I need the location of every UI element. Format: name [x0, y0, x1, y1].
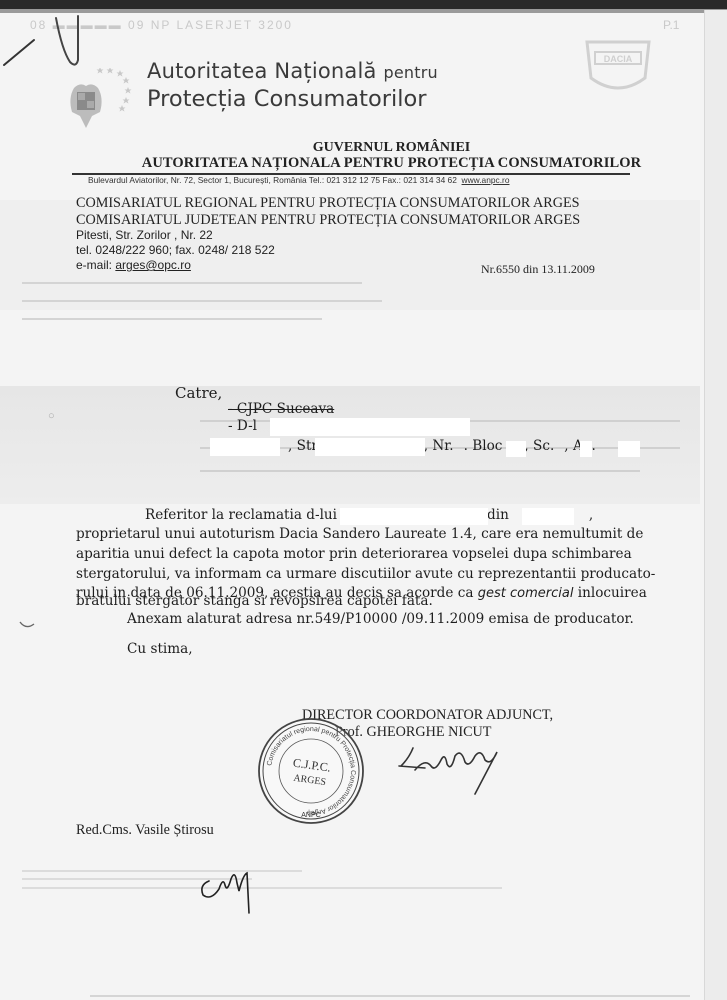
- authority-address: Bulevardul Aviatorilor, Nr. 72, Sector 1…: [88, 175, 510, 185]
- body-line-text: inlocuirea: [578, 585, 647, 601]
- dacia-logo-icon: DACIA: [583, 38, 653, 96]
- closing-salutation: Cu stima,: [127, 641, 193, 657]
- annex-line: Anexam alaturat adresa nr.549/P10000 /09…: [127, 611, 634, 627]
- drafted-by: Red.Cms. Vasile Știrosu: [76, 822, 214, 839]
- struck-recipient-text: - CJPC Suceava: [228, 401, 334, 417]
- email-link[interactable]: arges@opc.ro: [115, 258, 191, 272]
- bloc-label: . Bloc: [464, 438, 503, 454]
- director-signature-icon: [395, 738, 510, 798]
- agency-name-main: Autoritatea Națională: [147, 59, 377, 83]
- ghost-line: [90, 995, 690, 997]
- body-line: aparitia unui defect la capota motor pri…: [76, 546, 632, 562]
- intro-text: Referitor la reclamatia d-lui: [145, 507, 337, 523]
- agency-name-suffix: pentru: [384, 63, 438, 82]
- ghost-line: [22, 282, 362, 284]
- svg-text:DACIA: DACIA: [604, 54, 633, 64]
- registration-number: Nr.6550 din 13.11.2009: [481, 262, 595, 277]
- intro-comma: ,: [589, 507, 593, 523]
- redaction-box: [270, 418, 470, 436]
- ghost-line: [22, 318, 322, 320]
- redaction-box: [210, 438, 280, 456]
- nr-label: , Nr.: [424, 438, 454, 454]
- recipient-person: - D-l: [228, 418, 257, 434]
- redaction-box: [580, 441, 592, 457]
- scan-dot: ○: [48, 410, 55, 422]
- office-phone-fax: tel. 0248/222 960; fax. 0248/ 218 522: [76, 243, 275, 257]
- ghost-line: [22, 887, 502, 889]
- office-address: Pitesti, Str. Zorilor , Nr. 22: [76, 228, 213, 242]
- svg-text:ANPC: ANPC: [301, 812, 320, 819]
- fax-page-ghost: P.1: [663, 18, 679, 32]
- agency-name-line2: Protecția Consumatorilor: [147, 86, 427, 112]
- office-email: e-mail: arges@opc.ro: [76, 258, 191, 272]
- official-stamp-icon: Comisariatul regional pentru Protecția C…: [257, 717, 365, 825]
- ghost-line: [200, 470, 640, 472]
- gest-comercial-emphasis: gest comercial: [478, 586, 574, 601]
- sc-label: , Sc.: [524, 438, 554, 454]
- regional-office-name: COMISARIATUL REGIONAL PENTRU PROTECȚIA C…: [76, 195, 580, 212]
- county-office-name: COMISARIATUL JUDETEAN PENTRU PROTECȚIA C…: [76, 212, 580, 229]
- scan-top-edge: [0, 0, 727, 9]
- redaction-box: [618, 441, 640, 457]
- body-line: stergatorului, va informam ca urmare dis…: [76, 566, 655, 582]
- redaction-box: [315, 438, 425, 456]
- email-label: e-mail:: [76, 258, 112, 272]
- ghost-line: [22, 300, 382, 302]
- authority-heading: AUTORITATEA NAȚIONALA PENTRU PROTECȚIA C…: [28, 155, 727, 172]
- coat-of-arms-logo-icon: [60, 68, 140, 134]
- ghost-line: [22, 870, 302, 872]
- recipient-greeting: Catre,: [175, 384, 222, 402]
- redaction-box: [506, 441, 526, 457]
- authority-website-link[interactable]: www.anpc.ro: [462, 175, 510, 185]
- government-heading: GUVERNUL ROMÂNIEI: [28, 140, 727, 156]
- scan-mark-icon: [18, 618, 38, 632]
- intro-din: din: [487, 507, 509, 523]
- redaction-box: [340, 508, 488, 525]
- drafter-signature-icon: [195, 855, 255, 915]
- recipient-struck: - CJPC Suceava: [228, 401, 334, 417]
- body-line: bratului stergator stanga si revopsirea …: [76, 593, 433, 609]
- body-line: proprietarul unui autoturism Dacia Sande…: [76, 526, 643, 542]
- redaction-box: [522, 508, 574, 525]
- agency-name-line1: Autoritatea Națională pentru: [147, 59, 438, 83]
- authority-contact: Bulevardul Aviatorilor, Nr. 72, Sector 1…: [88, 175, 457, 185]
